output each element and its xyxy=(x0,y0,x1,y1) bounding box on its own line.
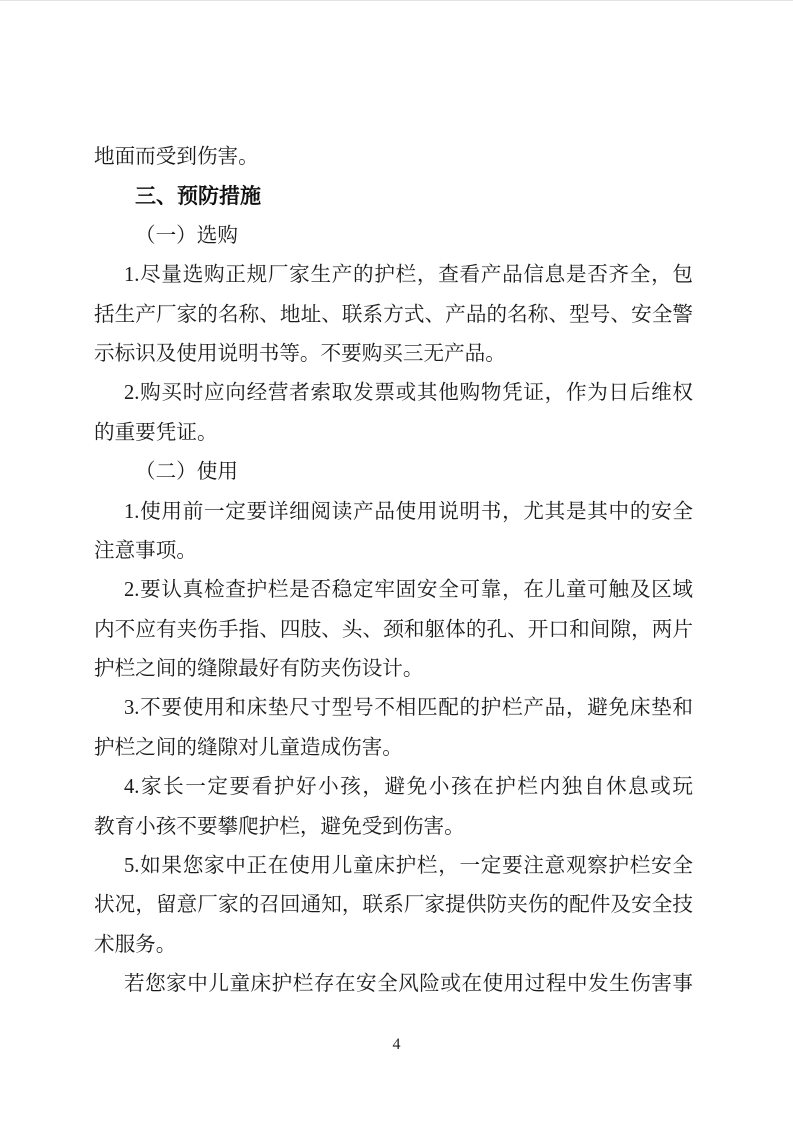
text-line: 术服务。 xyxy=(94,926,693,965)
text-line: 状况，留意厂家的召回通知，联系厂家提供防夹伤的配件及安全技 xyxy=(94,886,693,925)
text-line: 示标识及使用说明书等。不要购买三无产品。 xyxy=(94,335,693,374)
document-page: 地面而受到伤害。 三、预防措施 （一）选购 1.尽量选购正规厂家生产的护栏，查看… xyxy=(0,0,793,1123)
text-line: 3.不要使用和床垫尺寸型号不相匹配的护栏产品，避免床垫和 xyxy=(94,689,693,728)
section-heading: 三、预防措施 xyxy=(94,177,693,216)
text-line: 注意事项。 xyxy=(94,532,693,571)
subsection-heading-usage: （二）使用 xyxy=(94,453,693,492)
text-line: 教育小孩不要攀爬护栏，避免受到伤害。 xyxy=(94,808,693,847)
text-line: 的重要凭证。 xyxy=(94,414,693,453)
text-line: 若您家中儿童床护栏存在安全风险或在使用过程中发生伤害事 xyxy=(94,965,693,1004)
page-number: 4 xyxy=(0,1036,793,1054)
text-line: 护栏之间的缝隙对儿童造成伤害。 xyxy=(94,729,693,768)
text-line: 护栏之间的缝隙最好有防夹伤设计。 xyxy=(94,650,693,689)
text-line: 内不应有夹伤手指、四肢、头、颈和躯体的孔、开口和间隙，两片 xyxy=(94,611,693,650)
text-line: 地面而受到伤害。 xyxy=(94,138,693,177)
subsection-heading-purchase: （一）选购 xyxy=(94,217,693,256)
text-line: 2.购买时应向经营者索取发票或其他购物凭证，作为日后维权 xyxy=(94,374,693,413)
text-line: 1.使用前一定要详细阅读产品使用说明书，尤其是其中的安全 xyxy=(94,493,693,532)
text-line: 2.要认真检查护栏是否稳定牢固安全可靠，在儿童可触及区域 xyxy=(94,571,693,610)
text-line: 括生产厂家的名称、地址、联系方式、产品的名称、型号、安全警 xyxy=(94,296,693,335)
text-line: 5.如果您家中正在使用儿童床护栏，一定要注意观察护栏安全 xyxy=(94,847,693,886)
text-line: 1.尽量选购正规厂家生产的护栏，查看产品信息是否齐全，包 xyxy=(94,256,693,295)
text-line: 4.家长一定要看护好小孩，避免小孩在护栏内独自休息或玩耍， xyxy=(94,768,693,807)
document-body: 地面而受到伤害。 三、预防措施 （一）选购 1.尽量选购正规厂家生产的护栏，查看… xyxy=(94,138,693,1005)
